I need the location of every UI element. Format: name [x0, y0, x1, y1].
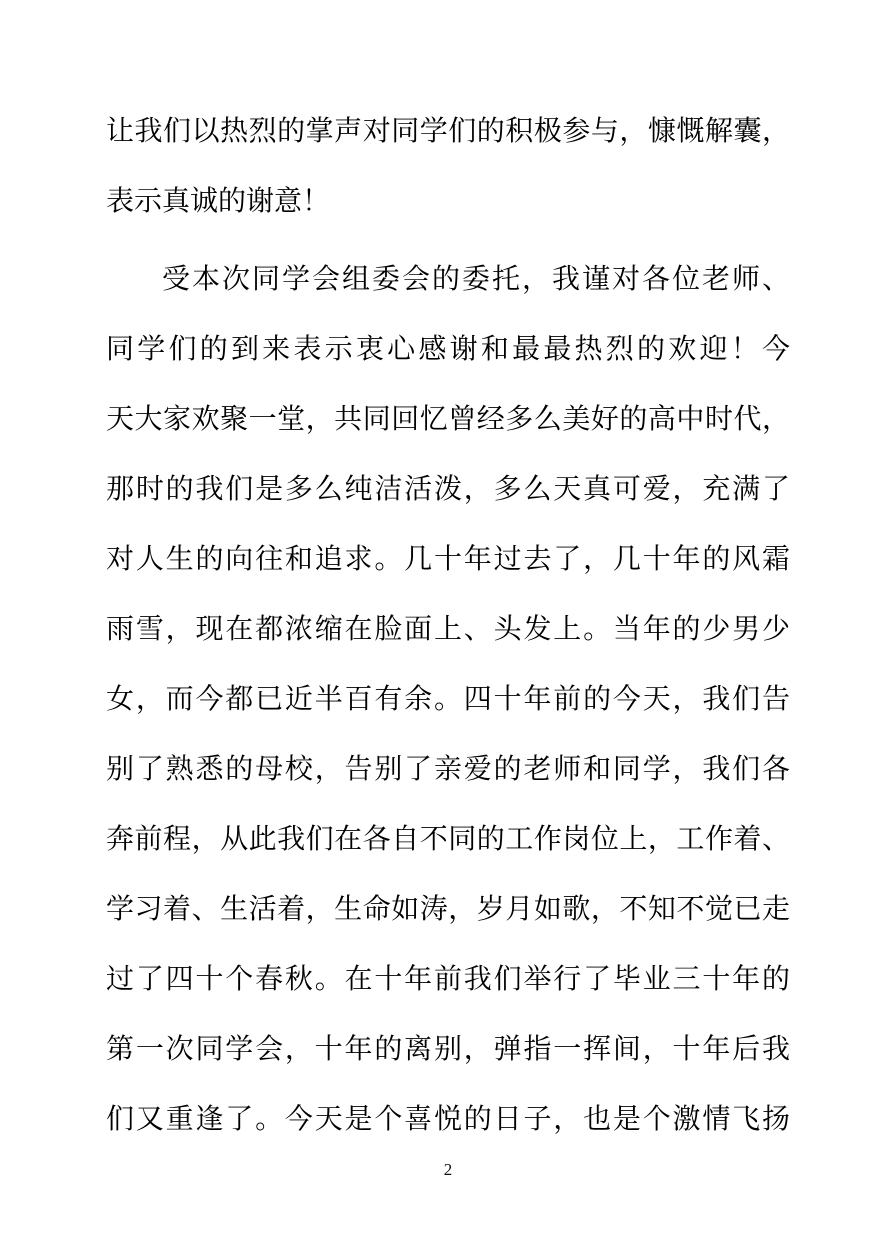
page-number: 2	[106, 1160, 790, 1180]
text-line: 天大家欢聚一堂，共同回忆曾经多么美好的高中时代，	[106, 384, 790, 454]
paragraph-body: 受本次同学会组委会的委托，我谨对各位老师、 同学们的到来表示衷心感谢和最最热烈的…	[106, 244, 790, 1154]
text-line: 对人生的向往和追求。几十年过去了，几十年的风霜	[106, 524, 790, 594]
text-line: 那时的我们是多么纯洁活泼，多么天真可爱，充满了	[106, 454, 790, 524]
text-line: 第一次同学会，十年的离别，弹指一挥间，十年后我	[106, 1014, 790, 1084]
text-line: 表示真诚的谢意！	[106, 166, 790, 236]
text-line: 奔前程，从此我们在各自不同的工作岗位上，工作着、	[106, 804, 790, 874]
document-page: 让我们以热烈的掌声对同学们的积极参与，慷慨解囊， 表示真诚的谢意！ 受本次同学会…	[0, 0, 884, 1250]
text-line: 让我们以热烈的掌声对同学们的积极参与，慷慨解囊，	[106, 96, 790, 166]
text-line: 们又重逢了。今天是个喜悦的日子，也是个激情飞扬	[106, 1084, 790, 1154]
text-line: 女，而今都已近半百有余。四十年前的今天，我们告	[106, 664, 790, 734]
text-line: 同学们的到来表示衷心感谢和最最热烈的欢迎！今	[106, 314, 790, 384]
paragraph-continuation: 让我们以热烈的掌声对同学们的积极参与，慷慨解囊， 表示真诚的谢意！	[106, 96, 790, 236]
text-line: 受本次同学会组委会的委托，我谨对各位老师、	[106, 244, 790, 314]
text-line: 学习着、生活着，生命如涛，岁月如歌，不知不觉已走	[106, 874, 790, 944]
text-line: 过了四十个春秋。在十年前我们举行了毕业三十年的	[106, 944, 790, 1014]
text-line: 雨雪，现在都浓缩在脸面上、头发上。当年的少男少	[106, 594, 790, 664]
text-line: 别了熟悉的母校，告别了亲爱的老师和同学，我们各	[106, 734, 790, 804]
